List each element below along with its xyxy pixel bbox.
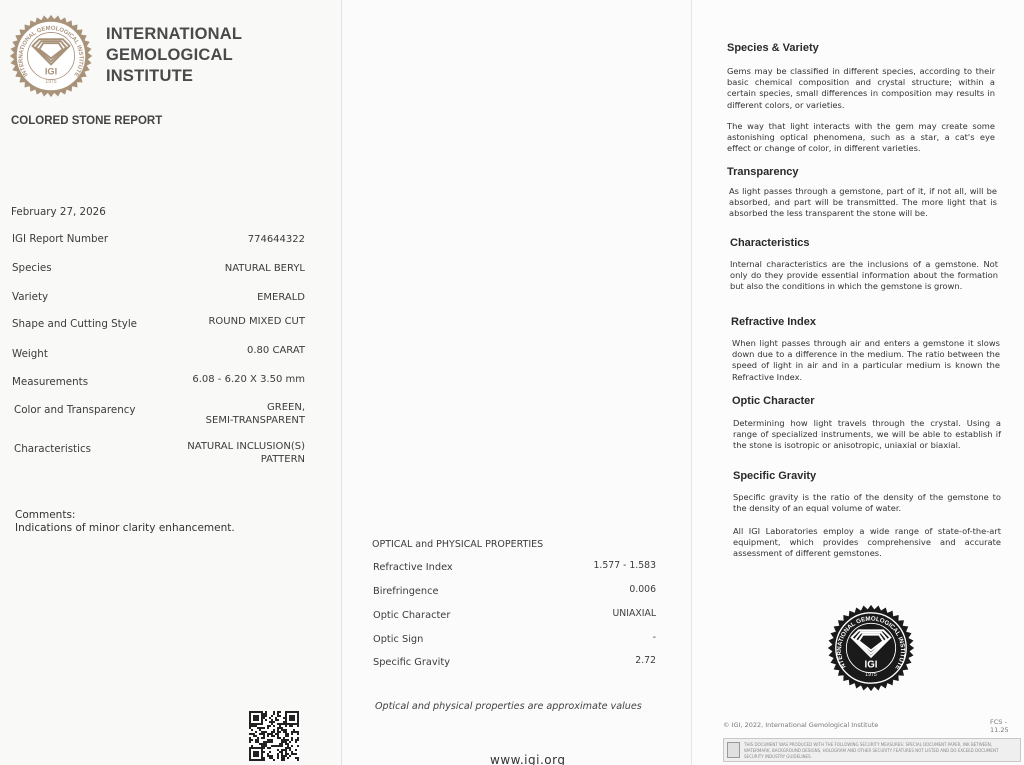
paragraph-specific-gravity-1: Specific gravity is the ratio of the den… [733, 492, 1001, 514]
paragraph-characteristics: Internal characteristics are the inclusi… [730, 259, 998, 293]
organization-name: INTERNATIONAL GEMOLOGICAL INSTITUTE [106, 24, 242, 87]
svg-text:IGI: IGI [45, 66, 57, 76]
igi-seal-black-icon: IGI1975INTERNATIONAL GEMOLOGICAL INSTITU… [827, 604, 915, 692]
security-features-box: THIS DOCUMENT WAS PRODUCED WITH THE FOLL… [723, 738, 1021, 762]
paragraph-species-variety-2: The way that light interacts with the ge… [727, 121, 995, 155]
paragraph-specific-gravity-2: All IGI Laboratories employ a wide range… [733, 526, 1001, 560]
heading-transparency: Transparency [727, 166, 799, 178]
document-lock-icon [727, 742, 740, 758]
optical-properties-panel: OPTICAL and PHYSICAL PROPERTIES Refracti… [341, 0, 692, 765]
svg-text:1975: 1975 [865, 672, 877, 678]
heading-refractive-index: Refractive Index [731, 316, 816, 328]
paragraph-optic-character: Determining how light travels through th… [733, 418, 1001, 452]
igi-seal-logo-icon: IGI1975INTERNATIONAL GEMOLOGICAL INSTITU… [9, 14, 93, 98]
svg-text:1975: 1975 [45, 79, 56, 85]
optical-properties-title: OPTICAL and PHYSICAL PROPERTIES [372, 539, 543, 550]
paragraph-species-variety-1: Gems may be classified in different spec… [727, 66, 995, 111]
report-title: COLORED STONE REPORT [11, 115, 162, 127]
report-front-panel: IGI1975INTERNATIONAL GEMOLOGICAL INSTITU… [0, 0, 341, 765]
paragraph-transparency: As light passes through a gemstone, part… [729, 186, 997, 220]
heading-characteristics: Characteristics [730, 237, 810, 249]
svg-text:IGI: IGI [865, 659, 878, 670]
copyright-notice: © IGI, 2022, International Gemological I… [723, 721, 878, 729]
heading-optic-character: Optic Character [732, 395, 815, 407]
report-date: February 27, 2026 [11, 206, 106, 218]
form-code: FCS - 11.25 [990, 718, 1024, 734]
comments-text: Indications of minor clarity enhancement… [15, 522, 235, 535]
comments-label: Comments: [15, 509, 235, 522]
paragraph-refractive-index: When light passes through air and enters… [732, 338, 1000, 383]
qr-code-icon[interactable] [249, 711, 299, 761]
approximate-values-note: Optical and physical properties are appr… [375, 701, 642, 712]
heading-species-variety: Species & Variety [727, 42, 819, 54]
website-link[interactable]: www.igi.org [490, 753, 565, 765]
comments: Comments: Indications of minor clarity e… [15, 509, 235, 535]
heading-specific-gravity: Specific Gravity [733, 470, 816, 482]
